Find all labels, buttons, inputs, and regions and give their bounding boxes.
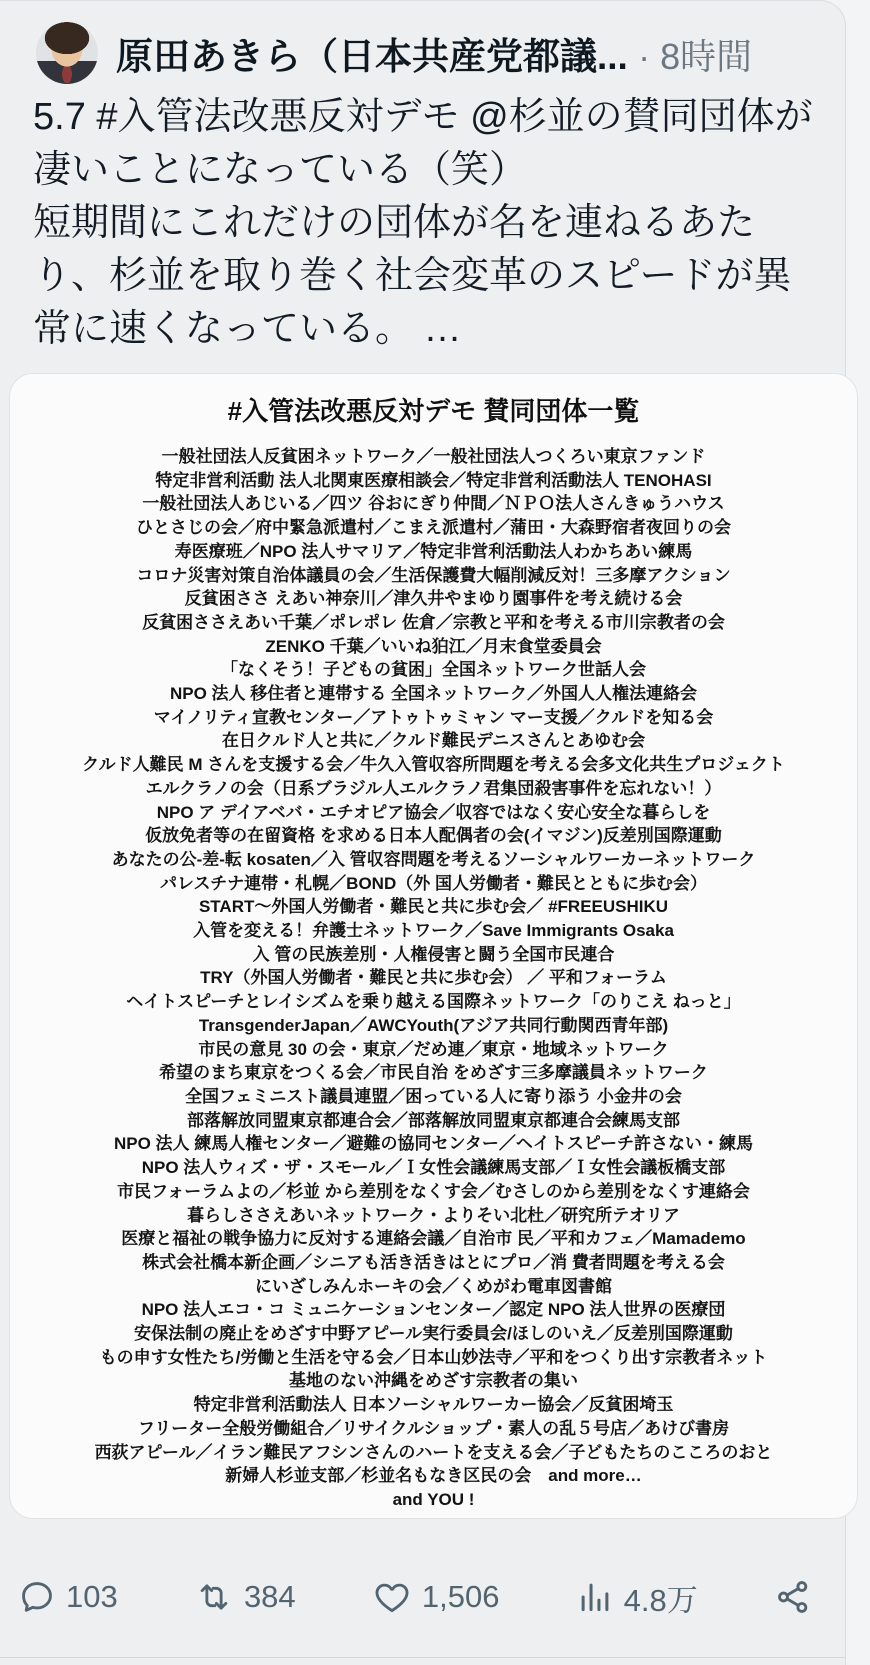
org-line: 市民の意見 30 の会・東京／だめ連／東京・地域ネットワーク: [10, 1038, 857, 1062]
org-line: 反貧困ささえあい千葉／ポレポレ 佐倉／宗教と平和を考える市川宗教者の会: [10, 611, 857, 635]
org-line: 西荻アピール／イラン難民アフシンさんのハートを支える会／子どもたちのこころのおと: [10, 1441, 857, 1465]
retweet-count: 384: [244, 1579, 296, 1615]
org-line: ヘイトスピーチとレイシズムを乗り越える国際ネットワーク「のりこえ ねっと」: [10, 990, 857, 1014]
org-line: 新婦人杉並支部／杉並名もなき区民の会 and more…: [10, 1464, 857, 1488]
org-line: 希望のまち東京をつくる会／市民自治 をめざす三多摩議員ネットワーク: [10, 1061, 857, 1085]
org-line: エルクラノの会（日系ブラジル人エルクラノ君集団殺害事件を忘れない！）: [10, 777, 857, 801]
share-icon: [774, 1578, 812, 1616]
timestamp-separator: ·: [638, 36, 650, 77]
org-line: and YOU !: [10, 1488, 857, 1512]
divider: [0, 1657, 846, 1658]
views-button[interactable]: 4.8万: [576, 1575, 698, 1620]
reply-button[interactable]: 103: [18, 1578, 118, 1616]
org-line: NPO 法人 移住者と連帯する 全国ネットワーク／外国人人権法連絡会: [10, 682, 857, 706]
org-line: TransgenderJapan／AWCYouth(アジア共同行動関西青年部): [10, 1014, 857, 1038]
org-line: 特定非営利活動 法人北関東医療相談会／特定非営利活動法人 TENOHASI: [10, 469, 857, 493]
org-line: 暮らしささえあいネットワーク・よりそい北杜／研究所テオリア: [10, 1204, 857, 1228]
org-line: START～外国人労働者・難民と共に歩む会／ #FREEUSHIKU: [10, 895, 857, 919]
org-line: コロナ災害対策自治体議員の会／生活保護費大幅削減反対！三多摩アクション: [10, 564, 857, 588]
org-line: パレスチナ連帯・札幌／BOND（外 国人労働者・難民とともに歩む会）: [10, 872, 857, 896]
share-button[interactable]: [774, 1578, 812, 1616]
org-line: NPO 法人エコ・コ ミュニケーションセンター／認定 NPO 法人世界の医療団: [10, 1298, 857, 1322]
org-line: 医療と福祉の戦争協力に反対する連絡会議／自治市 民／平和カフェ／Mamademo: [10, 1227, 857, 1251]
engagement-bar: 103 384 1,506: [0, 1555, 846, 1639]
retweet-button[interactable]: 384: [194, 1578, 296, 1616]
org-line: 「なくそう！子どもの貧困」全国ネットワーク世話人会: [10, 658, 857, 682]
embedded-image[interactable]: #入管法改悪反対デモ 賛同団体一覧 一般社団法人反貧困ネットワーク／一般社団法人…: [9, 373, 858, 1519]
org-line: 反貧困ささ えあい神奈川／津久井やまゆり園事件を考え続ける会: [10, 587, 857, 611]
tweet-card: 原田あきら（日本共産党都議... · 8時間 5.7 #入管法改悪反対デモ @杉…: [0, 0, 846, 1665]
org-line: 入管を変える！弁護士ネットワーク／Save Immigrants Osaka: [10, 919, 857, 943]
author-line: 原田あきら（日本共産党都議... · 8時間: [116, 26, 752, 80]
org-line: 一般社団法人あじいる／四ツ 谷おにぎり仲間／ＮＰＯ法人さんきゅうハウス: [10, 492, 857, 516]
org-line: 株式会社橋本新企画／シニアも活き活きはとにプロ／消 費者問題を考える会: [10, 1251, 857, 1275]
heart-icon: [372, 1578, 412, 1616]
org-line: ZENKO 千葉／いいね狛江／月末食堂委員会: [10, 635, 857, 659]
reply-count: 103: [66, 1579, 118, 1615]
org-line: にいざしみんホーキの会／くめがわ電車図書館: [10, 1275, 857, 1299]
like-button[interactable]: 1,506: [372, 1578, 500, 1616]
org-line: 入 管の民族差別・人権侵害と闘う全国市民連合: [10, 943, 857, 967]
org-line: マイノリティ宣教センター／アトゥトゥミャン マー支援／クルドを知る会: [10, 706, 857, 730]
org-line: NPO 法人ウィズ・ザ・スモール／Ｉ女性会議練馬支部／Ｉ女性会議板橋支部: [10, 1156, 857, 1180]
analytics-icon: [576, 1578, 614, 1616]
org-list: 一般社団法人反貧困ネットワーク／一般社団法人つくろい東京ファンド特定非営利活動 …: [10, 445, 857, 1512]
avatar[interactable]: [36, 22, 98, 84]
org-line: 安保法制の廃止をめざす中野アピール実行委員会/ほしのいえ／反差別国際運動: [10, 1322, 857, 1346]
reply-icon: [18, 1578, 56, 1616]
views-count: 4.8万: [624, 1575, 698, 1620]
org-line: 仮放免者等の在留資格 を求める日本人配偶者の会(イマジン)反差別国際運動: [10, 824, 857, 848]
author-name[interactable]: 原田あきら（日本共産党都議...: [116, 36, 628, 77]
org-line: 一般社団法人反貧困ネットワーク／一般社団法人つくろい東京ファンド: [10, 445, 857, 469]
org-line: NPO ア デイアベバ・エチオピア協会／収容ではなく安心安全な暮らしを: [10, 801, 857, 825]
org-line: クルド人難民 M さんを支援する会／牛久入管収容所問題を考える会多文化共生プロジ…: [10, 753, 857, 777]
tweet-text[interactable]: 5.7 #入管法改悪反対デモ @杉並の賛同団体が凄いことになっている（笑） 短期…: [33, 91, 821, 356]
org-line: 特定非営利活動法人 日本ソーシャルワーカー協会／反貧困埼玉: [10, 1393, 857, 1417]
timestamp: 8時間: [660, 36, 752, 77]
org-line: 在日クルド人と共に／クルド難民デニスさんとあゆむ会: [10, 729, 857, 753]
org-line: 市民フォーラムよの／杉並 から差別をなくす会／むさしのから差別をなくす連絡会: [10, 1180, 857, 1204]
like-count: 1,506: [422, 1579, 500, 1615]
org-line: もの申す女性たち/労働と生活を守る会／日本山妙法寺／平和をつくり出す宗教者ネット: [10, 1346, 857, 1370]
org-line: TRY（外国人労働者・難民と共に歩む会） ／ 平和フォーラム: [10, 966, 857, 990]
org-line: ひとさじの会／府中緊急派遣村／こまえ派遣村／蒲田・大森野宿者夜回りの会: [10, 516, 857, 540]
org-line: フリーター全般労働組合／リサイクルショップ・素人の乱５号店／あけび書房: [10, 1417, 857, 1441]
org-line: NPO 法人 練馬人権センター／避難の協同センター／ヘイトスピーチ許さない・練馬: [10, 1132, 857, 1156]
image-title: #入管法改悪反対デモ 賛同団体一覧: [10, 391, 857, 428]
org-line: 部落解放同盟東京都連合会／部落解放同盟東京都連合会練馬支部: [10, 1109, 857, 1133]
org-line: あなたの公-差-転 kosaten／入 管収容問題を考えるソーシャルワーカーネッ…: [10, 848, 857, 872]
retweet-icon: [194, 1578, 234, 1616]
org-line: 寿医療班／NPO 法人サマリア／特定非営利活動法人わかちあい練馬: [10, 540, 857, 564]
org-line: 全国フェミニスト議員連盟／困っている人に寄り添う 小金井の会: [10, 1085, 857, 1109]
tweet-header: 原田あきら（日本共産党都議... · 8時間: [36, 22, 752, 84]
org-line: 基地のない沖縄をめざす宗教者の集い: [10, 1369, 857, 1393]
